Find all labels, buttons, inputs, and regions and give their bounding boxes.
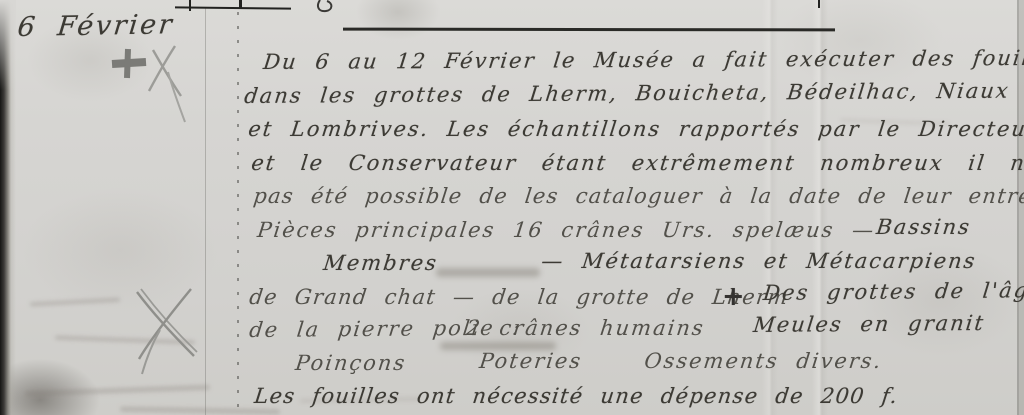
manuscript-line: 2 crânes humains <box>465 316 706 340</box>
manuscript-line: et le Conservateur étant extrêmement nom… <box>250 151 1024 175</box>
manuscript-line: Les fouilles ont nécessité une dépense d… <box>253 384 900 408</box>
manuscript-line: Du 6 au 12 Février le Musée a fait exécu… <box>262 46 1024 74</box>
manuscript-line: de Grand chat — de la grotte de Lherm <box>248 285 790 309</box>
manuscript-scan-page: 6 Février Du 6 au 12 Février le Musée a … <box>0 0 1024 415</box>
margin-date: 6 Février <box>16 9 176 43</box>
top-tick <box>239 0 242 9</box>
manuscript-line: et Lombrives. Les échantillons rapportés… <box>247 117 1024 141</box>
manuscript-line: — Métatarsiens et Métacarpiens <box>540 249 978 273</box>
manuscript-line: Poinçons <box>294 351 408 375</box>
ink-smudge <box>436 268 540 277</box>
manuscript-line: Des grottes de l'âge <box>762 278 1024 305</box>
ink-plus-mark: + <box>722 281 745 312</box>
manuscript-line: Membres <box>322 251 439 275</box>
column-line-solid <box>205 8 206 415</box>
manuscript-line: Pièces principales 16 crânes Urs. spelæu… <box>256 218 877 242</box>
manuscript-line: Meules en granit <box>752 311 986 337</box>
manuscript-line: Ossements divers. <box>643 349 884 373</box>
manuscript-line: Bassins <box>875 215 972 239</box>
book-gutter-fade <box>0 0 16 90</box>
manuscript-line: Poteries <box>478 349 584 373</box>
top-tick <box>818 0 820 8</box>
manuscript-line: pas été possible de les cataloguer à la … <box>252 184 1024 208</box>
top-tick <box>189 0 191 11</box>
column-line-dotted <box>237 12 239 415</box>
